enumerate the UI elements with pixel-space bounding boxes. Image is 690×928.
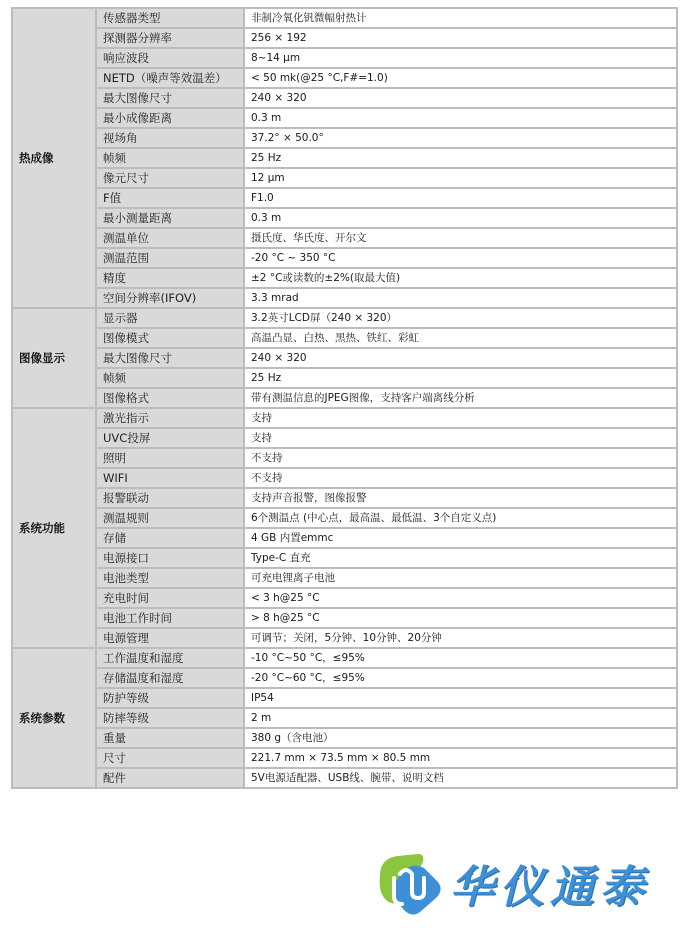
spec-value: 3.2英寸LCD屏（240 × 320） <box>244 308 677 328</box>
table-row: 响应波段8~14 μm <box>12 48 677 68</box>
table-row: UVC投屏支持 <box>12 428 677 448</box>
table-row: 热成像传感器类型非制冷氧化钒微幅射热计 <box>12 8 677 28</box>
spec-value: 高温凸显、白热、黑热、铁红、彩虹 <box>244 328 677 348</box>
spec-value: 221.7 mm × 73.5 mm × 80.5 mm <box>244 748 677 768</box>
spec-label: 配件 <box>96 768 244 788</box>
spec-value: 25 Hz <box>244 368 677 388</box>
table-row: 像元尺寸12 μm <box>12 168 677 188</box>
spec-label: 存储 <box>96 528 244 548</box>
table-row: 尺寸221.7 mm × 73.5 mm × 80.5 mm <box>12 748 677 768</box>
spec-label: 最大图像尺寸 <box>96 348 244 368</box>
spec-label: 防摔等级 <box>96 708 244 728</box>
table-row: 充电时间 < 3 h@25 °C <box>12 588 677 608</box>
table-row: 存储4 GB 内置emmc <box>12 528 677 548</box>
table-row: 测温范围-20 °C ~ 350 °C <box>12 248 677 268</box>
spec-label: 报警联动 <box>96 488 244 508</box>
table-row: 测温单位摄氏度、华氏度、开尔文 <box>12 228 677 248</box>
table-row: 精度±2 °C或读数的±2%(取最大值) <box>12 268 677 288</box>
spec-value: F1.0 <box>244 188 677 208</box>
table-row: 照明不支持 <box>12 448 677 468</box>
section-category: 系统功能 <box>12 408 96 648</box>
spec-value: -20 °C ~ 350 °C <box>244 248 677 268</box>
spec-value: ±2 °C或读数的±2%(取最大值) <box>244 268 677 288</box>
spec-value: 240 × 320 <box>244 348 677 368</box>
spec-label: 帧频 <box>96 148 244 168</box>
spec-value: 5V电源适配器、USB线、腕带、说明文档 <box>244 768 677 788</box>
table-row: F值F1.0 <box>12 188 677 208</box>
spec-value: 3.3 mrad <box>244 288 677 308</box>
table-row: 防摔等级2 m <box>12 708 677 728</box>
spec-label: 测温单位 <box>96 228 244 248</box>
spec-table-body: 热成像传感器类型非制冷氧化钒微幅射热计探测器分辨率256 × 192响应波段8~… <box>12 8 677 788</box>
spec-value: 支持声音报警，图像报警 <box>244 488 677 508</box>
spec-label: 电源接口 <box>96 548 244 568</box>
spec-label: 充电时间 <box>96 588 244 608</box>
spec-value: 2 m <box>244 708 677 728</box>
table-row: 图像模式高温凸显、白热、黑热、铁红、彩虹 <box>12 328 677 348</box>
table-row: 图像格式带有测温信息的JPEG图像，支持客户端离线分析 <box>12 388 677 408</box>
spec-label: UVC投屏 <box>96 428 244 448</box>
spec-label: 电池类型 <box>96 568 244 588</box>
table-row: 电池类型可充电锂离子电池 <box>12 568 677 588</box>
spec-value: 可调节；关闭，5分钟、10分钟、20分钟 <box>244 628 677 648</box>
table-row: 视场角37.2° × 50.0° <box>12 128 677 148</box>
table-row: 图像显示显示器3.2英寸LCD屏（240 × 320） <box>12 308 677 328</box>
section-category: 热成像 <box>12 8 96 308</box>
spec-value: 6个测温点 (中心点，最高温、最低温、3个自定义点) <box>244 508 677 528</box>
table-row: 最小测量距离0.3 m <box>12 208 677 228</box>
table-row: 帧频25 Hz <box>12 368 677 388</box>
spec-value: Type-C 直充 <box>244 548 677 568</box>
spec-value: 380 g（含电池） <box>244 728 677 748</box>
spec-value: -10 °C~50 °C，≤95% <box>244 648 677 668</box>
spec-value: 4 GB 内置emmc <box>244 528 677 548</box>
spec-label: 响应波段 <box>96 48 244 68</box>
spec-value: < 50 mk(@25 °C,F#=1.0) <box>244 68 677 88</box>
spec-value: 不支持 <box>244 448 677 468</box>
spec-label: WIFI <box>96 468 244 488</box>
watermark-text: 华仪通泰 <box>450 851 650 915</box>
table-row: WIFI不支持 <box>12 468 677 488</box>
section-category: 系统参数 <box>12 648 96 788</box>
table-row: NETD（噪声等效温差） < 50 mk(@25 °C,F#=1.0) <box>12 68 677 88</box>
spec-value: 带有测温信息的JPEG图像，支持客户端离线分析 <box>244 388 677 408</box>
table-row: 报警联动支持声音报警，图像报警 <box>12 488 677 508</box>
table-row: 最大图像尺寸240 × 320 <box>12 348 677 368</box>
spec-label: 最小测量距离 <box>96 208 244 228</box>
spec-value: 支持 <box>244 408 677 428</box>
spec-value: -20 °C~60 °C，≤95% <box>244 668 677 688</box>
spec-label: 重量 <box>96 728 244 748</box>
spec-label: 工作温度和湿度 <box>96 648 244 668</box>
table-row: 防护等级IP54 <box>12 688 677 708</box>
spec-label: 显示器 <box>96 308 244 328</box>
spec-label: 空间分辨率(IFOV) <box>96 288 244 308</box>
table-row: 系统功能激光指示支持 <box>12 408 677 428</box>
spec-label: 测温范围 <box>96 248 244 268</box>
spec-label: 测温规则 <box>96 508 244 528</box>
spec-label: 激光指示 <box>96 408 244 428</box>
table-row: 帧频25 Hz <box>12 148 677 168</box>
spec-value: 摄氏度、华氏度、开尔文 <box>244 228 677 248</box>
table-row: 系统参数工作温度和湿度-10 °C~50 °C，≤95% <box>12 648 677 668</box>
spec-value: 0.3 m <box>244 208 677 228</box>
table-row: 探测器分辨率256 × 192 <box>12 28 677 48</box>
spec-label: 像元尺寸 <box>96 168 244 188</box>
spec-label: 存储温度和湿度 <box>96 668 244 688</box>
section-category: 图像显示 <box>12 308 96 408</box>
table-row: 最大图像尺寸240 × 320 <box>12 88 677 108</box>
table-row: 电池工作时间 > 8 h@25 °C <box>12 608 677 628</box>
spec-value: < 3 h@25 °C <box>244 588 677 608</box>
table-row: 空间分辨率(IFOV)3.3 mrad <box>12 288 677 308</box>
spec-label: 最大图像尺寸 <box>96 88 244 108</box>
spec-value: 12 μm <box>244 168 677 188</box>
spec-label: 图像格式 <box>96 388 244 408</box>
spec-label: 防护等级 <box>96 688 244 708</box>
spec-label: 精度 <box>96 268 244 288</box>
watermark: 华仪通泰 <box>372 848 682 918</box>
table-row: 配件5V电源适配器、USB线、腕带、说明文档 <box>12 768 677 788</box>
spec-value: 非制冷氧化钒微幅射热计 <box>244 8 677 28</box>
spec-value: 0.3 m <box>244 108 677 128</box>
spec-value: 不支持 <box>244 468 677 488</box>
spec-label: 电池工作时间 <box>96 608 244 628</box>
spec-label: NETD（噪声等效温差） <box>96 68 244 88</box>
spec-value: > 8 h@25 °C <box>244 608 677 628</box>
spec-value: IP54 <box>244 688 677 708</box>
spec-value: 8~14 μm <box>244 48 677 68</box>
spec-value: 25 Hz <box>244 148 677 168</box>
table-row: 最小成像距离0.3 m <box>12 108 677 128</box>
spec-label: 视场角 <box>96 128 244 148</box>
spec-label: 探测器分辨率 <box>96 28 244 48</box>
table-row: 测温规则6个测温点 (中心点，最高温、最低温、3个自定义点) <box>12 508 677 528</box>
spec-label: 电源管理 <box>96 628 244 648</box>
spec-label: 照明 <box>96 448 244 468</box>
spec-label: F值 <box>96 188 244 208</box>
table-row: 电源接口Type-C 直充 <box>12 548 677 568</box>
table-row: 存储温度和湿度-20 °C~60 °C，≤95% <box>12 668 677 688</box>
spec-table: 热成像传感器类型非制冷氧化钒微幅射热计探测器分辨率256 × 192响应波段8~… <box>11 7 678 789</box>
table-row: 重量380 g（含电池） <box>12 728 677 748</box>
spec-label: 帧频 <box>96 368 244 388</box>
spec-label: 尺寸 <box>96 748 244 768</box>
spec-label: 最小成像距离 <box>96 108 244 128</box>
spec-value: 可充电锂离子电池 <box>244 568 677 588</box>
table-row: 电源管理可调节；关闭，5分钟、10分钟、20分钟 <box>12 628 677 648</box>
spec-value: 240 × 320 <box>244 88 677 108</box>
spec-label: 传感器类型 <box>96 8 244 28</box>
spec-value: 支持 <box>244 428 677 448</box>
spec-label: 图像模式 <box>96 328 244 348</box>
hy-logo-icon <box>372 848 444 918</box>
spec-value: 37.2° × 50.0° <box>244 128 677 148</box>
spec-value: 256 × 192 <box>244 28 677 48</box>
